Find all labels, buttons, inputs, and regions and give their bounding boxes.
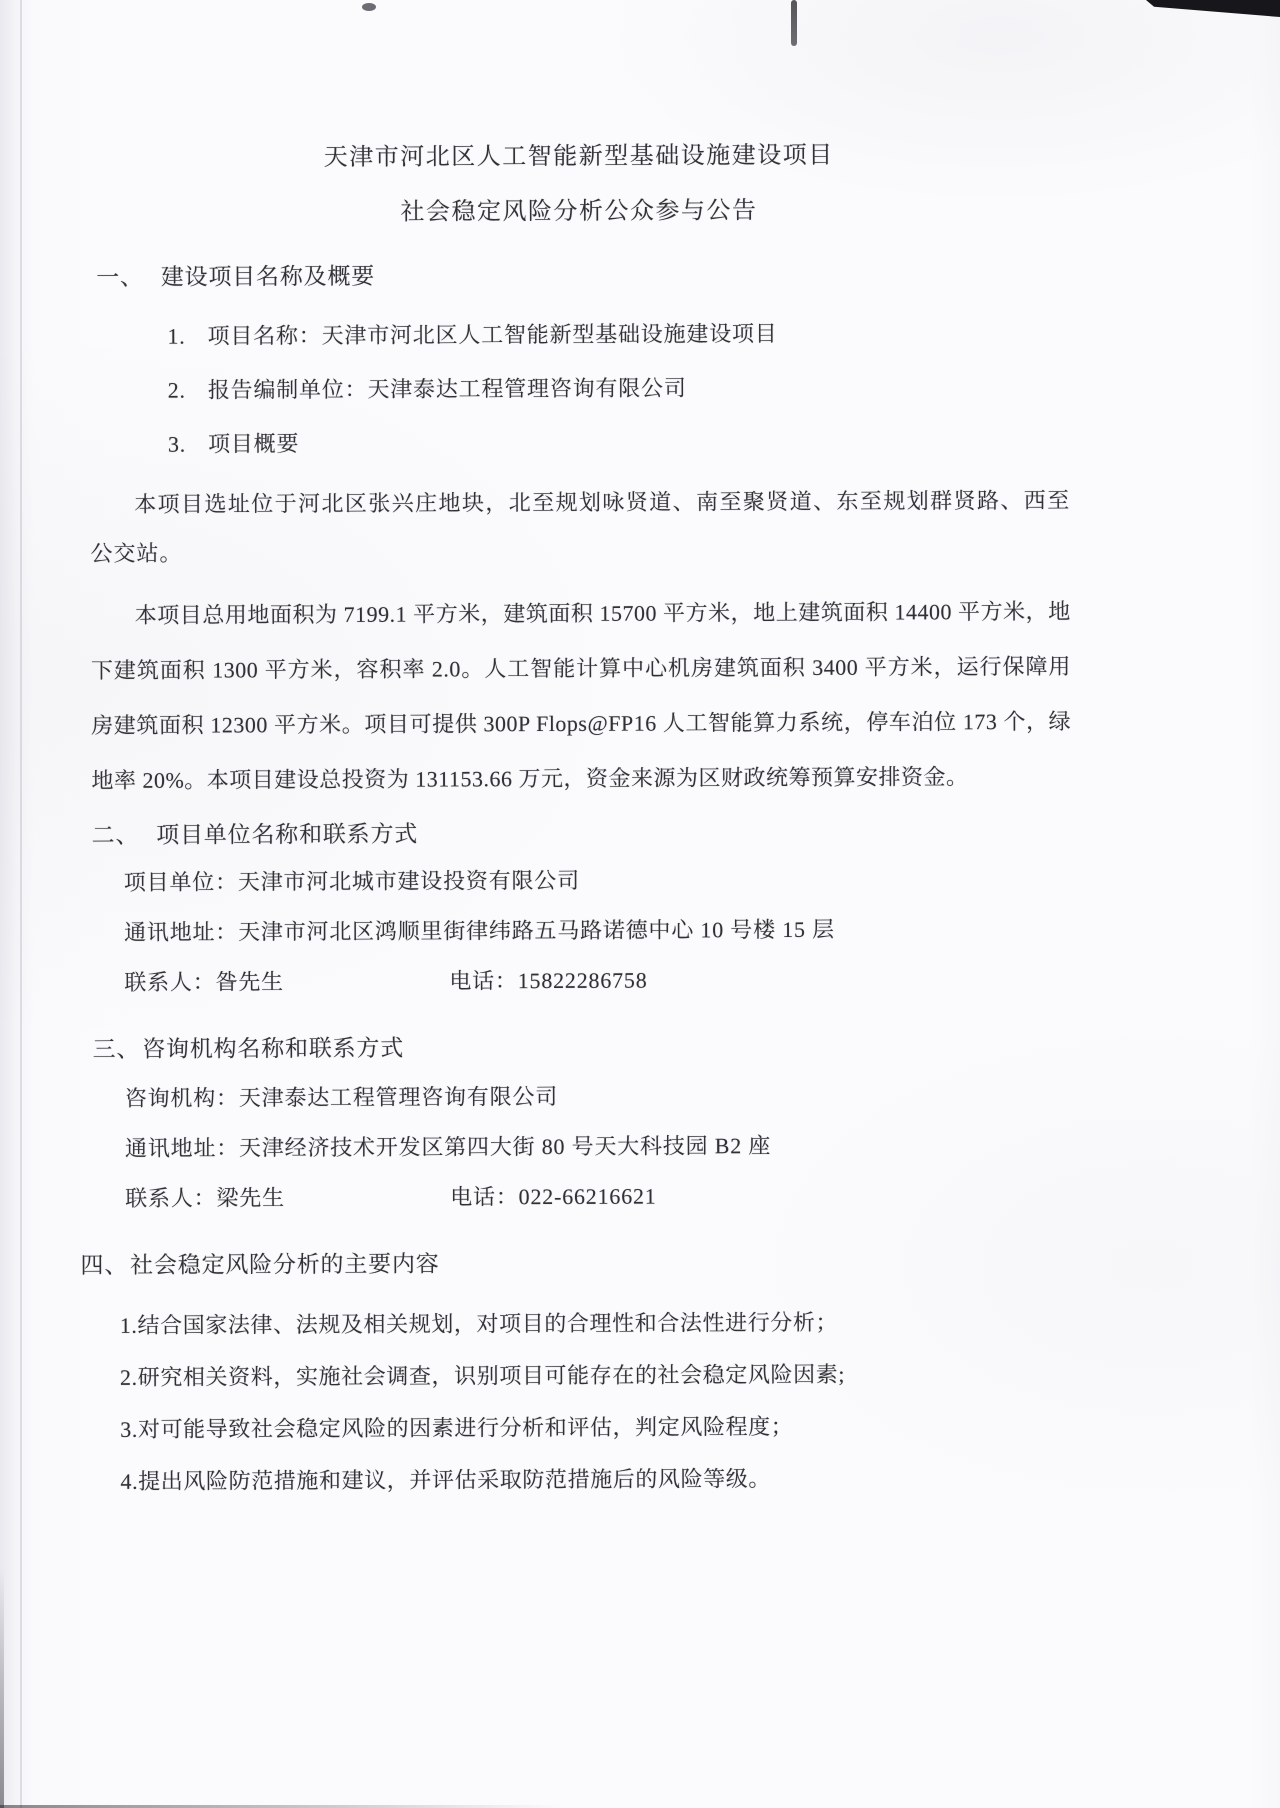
section4-number: 四、: [80, 1253, 128, 1278]
project-address-row: 通讯地址：天津市河北区鸿顺里街律纬路五马路诺德中心 10 号楼 15 层: [92, 904, 1072, 958]
project-phone-label: 电话：: [449, 968, 518, 993]
list-item-text: 项目名称：天津市河北区人工智能新型基础设施建设项目: [208, 321, 778, 348]
consult-contact-value: 梁先生: [216, 1185, 285, 1210]
document-title-line1: 天津市河北区人工智能新型基础设施建设项目: [89, 128, 1069, 187]
project-unit-label: 项目单位：: [124, 869, 238, 894]
consult-contact-label: 联系人：: [125, 1185, 216, 1210]
section3-contact-block: 咨询机构：天津泰达工程管理咨询有限公司 通讯地址：天津经济技术开发区第四大街 8…: [93, 1070, 1074, 1224]
project-overview-paragraph: 本项目总用地面积为 7199.1 平方米，建筑面积 15700 平方米，地上建筑…: [91, 584, 1072, 808]
list-item: 2.报告编制单位：天津泰达工程管理咨询有限公司: [90, 360, 1070, 418]
section3-title: 咨询机构名称和联系方式: [142, 1036, 404, 1062]
risk-analysis-item: 4.提出风险防范措施和建议，并评估采取防范措施后的风险等级。: [94, 1452, 1074, 1508]
project-unit-value: 天津市河北城市建设投资有限公司: [238, 868, 580, 894]
project-phone-value: 15822286758: [518, 968, 648, 994]
consult-phone-value: 022-66216621: [519, 1184, 657, 1210]
scanned-page: 天津市河北区人工智能新型基础设施建设项目 社会稳定风险分析公众参与公告 一、建设…: [0, 0, 1280, 1808]
risk-analysis-item: 2.研究相关资料，实施社会调查，识别项目可能存在的社会稳定风险因素;: [94, 1348, 1074, 1404]
consult-org-value: 天津泰达工程管理咨询有限公司: [239, 1084, 558, 1110]
list-item-number: 2.: [168, 378, 186, 403]
section1-number: 一、: [96, 265, 144, 290]
project-unit-row: 项目单位：天津市河北城市建设投资有限公司: [92, 854, 1072, 908]
project-contact-label: 联系人：: [124, 969, 215, 994]
section3-heading: 三、咨询机构名称和联系方式: [93, 1030, 1073, 1066]
project-address-value: 天津市河北区鸿顺里街律纬路五马路诺德中心 10 号楼 15 层: [238, 917, 835, 945]
consult-phone: 电话：022-66216621: [450, 1172, 657, 1223]
section2-contact-block: 项目单位：天津市河北城市建设投资有限公司 通讯地址：天津市河北区鸿顺里街律纬路五…: [92, 854, 1073, 1008]
document-content: 天津市河北区人工智能新型基础设施建设项目 社会稳定风险分析公众参与公告 一、建设…: [88, 0, 1075, 1508]
consult-org-row: 咨询机构：天津泰达工程管理咨询有限公司: [93, 1070, 1073, 1124]
list-item-number: 1.: [167, 324, 185, 349]
section1-heading: 一、建设项目名称及概要: [89, 258, 1069, 294]
scan-artifact-bottom-left-edge: [0, 1568, 4, 1808]
document-title-line2: 社会稳定风险分析公众参与公告: [89, 183, 1069, 242]
section1-title: 建设项目名称及概要: [161, 264, 375, 290]
consult-phone-label: 电话：: [450, 1184, 519, 1209]
list-item-text: 报告编制单位：天津泰达工程管理咨询有限公司: [208, 375, 687, 402]
project-phone: 电话：15822286758: [449, 956, 647, 1007]
risk-analysis-item: 3.对可能导致社会稳定风险的因素进行分析和评估，判定风险程度；: [94, 1400, 1074, 1456]
section1-list: 1.项目名称：天津市河北区人工智能新型基础设施建设项目 2.报告编制单位：天津泰…: [89, 306, 1070, 472]
project-contact-row: 联系人：昝先生 电话：15822286758: [92, 954, 1072, 1008]
list-item: 3.项目概要: [90, 414, 1070, 472]
consult-org-label: 咨询机构：: [125, 1085, 239, 1110]
list-item-number: 3.: [168, 432, 186, 457]
scan-artifact-left-seam: [20, 0, 22, 1808]
section4-title: 社会稳定风险分析的主要内容: [130, 1251, 440, 1277]
section4-heading: 四、社会稳定风险分析的主要内容: [80, 1246, 1073, 1282]
project-location-paragraph: 本项目选址位于河北区张兴庄地块，北至规划咏贤道、南至聚贤道、东至规划群贤路、西至…: [90, 476, 1070, 578]
list-item-text: 项目概要: [208, 431, 299, 456]
project-address-label: 通讯地址：: [124, 919, 238, 944]
consult-address-row: 通讯地址：天津经济技术开发区第四大街 80 号天大科技园 B2 座: [93, 1120, 1073, 1174]
section2-heading: 二、项目单位名称和联系方式: [92, 816, 1072, 852]
section3-number: 三、: [93, 1037, 141, 1062]
risk-analysis-item: 1.结合国家法律、法规及相关规划，对项目的合理性和合法性进行分析；: [94, 1296, 1074, 1352]
project-contact-value: 昝先生: [215, 969, 284, 994]
list-item: 1.项目名称：天津市河北区人工智能新型基础设施建设项目: [89, 306, 1069, 364]
consult-contact-row: 联系人：梁先生 电话：022-66216621: [93, 1170, 1073, 1224]
section2-title: 项目单位名称和联系方式: [156, 822, 418, 848]
section4-list: 1.结合国家法律、法规及相关规划，对项目的合理性和合法性进行分析； 2.研究相关…: [94, 1296, 1075, 1508]
section2-number: 二、: [92, 823, 140, 848]
consult-address-label: 通讯地址：: [125, 1135, 239, 1160]
document-title: 天津市河北区人工智能新型基础设施建设项目 社会稳定风险分析公众参与公告: [88, 0, 1069, 242]
consult-address-value: 天津经济技术开发区第四大街 80 号天大科技园 B2 座: [239, 1133, 771, 1160]
